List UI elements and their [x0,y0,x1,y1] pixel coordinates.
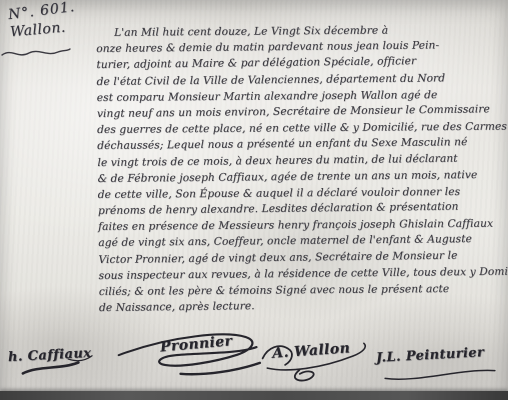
scanned-birth-record: N°. 601. Wallon. L'an Mil huit cent douz… [0,0,508,400]
manuscript-line: de Naissance, après lecture. [99,295,508,316]
signature-pronnier: Pronnier [117,335,191,357]
act-number: N°. 601. [7,0,76,23]
margin-surname: Wallon. [9,20,66,41]
act-body-text: L'an Mil huit cent douze, Le Vingt Six d… [96,21,508,317]
signature-caffiaux: h. Caffiaux [8,346,92,365]
manuscript-line: L'an Mil huit cent douze, Le Vingt Six d… [96,22,506,42]
margin-flourish-stroke [0,46,72,62]
signature-peinturier: J.L. Peinturier [376,345,485,366]
scan-edge [0,391,508,400]
